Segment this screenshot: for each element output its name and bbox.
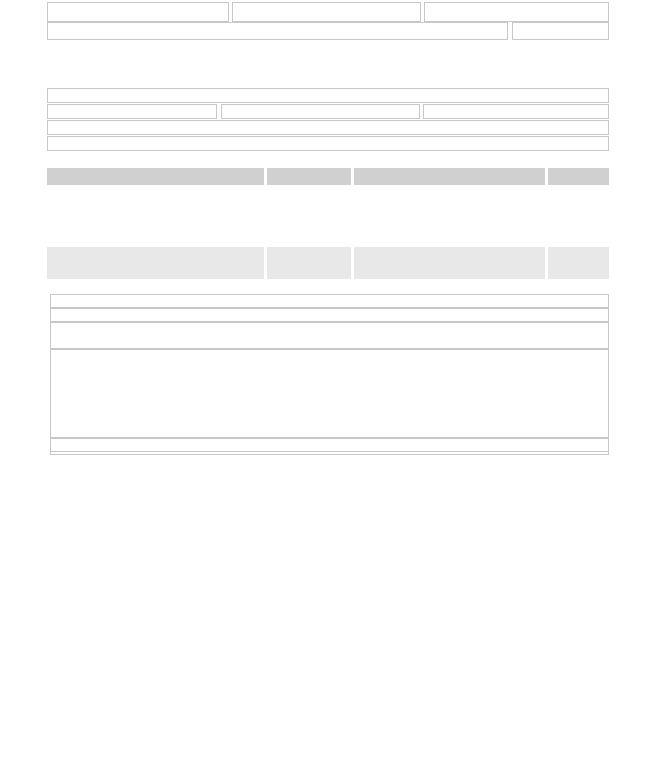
internal-number-field (221, 104, 420, 119)
unit-hcg (548, 247, 609, 279)
reference-progesterone (354, 186, 545, 246)
pregnancy-field (47, 136, 609, 151)
birth-date-field (47, 2, 229, 22)
lpu-field (47, 22, 508, 40)
header-result (267, 168, 351, 185)
result-hcg (267, 247, 351, 279)
material-field (423, 104, 609, 119)
note-ref-title (50, 349, 609, 363)
sex-field (424, 2, 609, 22)
sample-date-field (47, 88, 609, 103)
header-parameter (47, 168, 264, 185)
table-row-progesterone (47, 186, 264, 246)
table-row-hcg (47, 247, 264, 279)
barcode-field (47, 104, 217, 119)
unit-progesterone (548, 186, 609, 246)
note-line-3-box (50, 437, 609, 453)
note-line-1 (50, 308, 609, 322)
note-line-2 (50, 322, 609, 349)
lpu-code-field (512, 22, 609, 40)
result-progesterone (267, 186, 351, 246)
note-title (50, 294, 609, 308)
pregnancy-weeks-grid (50, 362, 609, 438)
reference-hcg (354, 247, 545, 279)
cycle-day-field (47, 120, 609, 135)
age-field (232, 2, 421, 22)
header-unit (548, 168, 609, 185)
header-reference (354, 168, 545, 185)
